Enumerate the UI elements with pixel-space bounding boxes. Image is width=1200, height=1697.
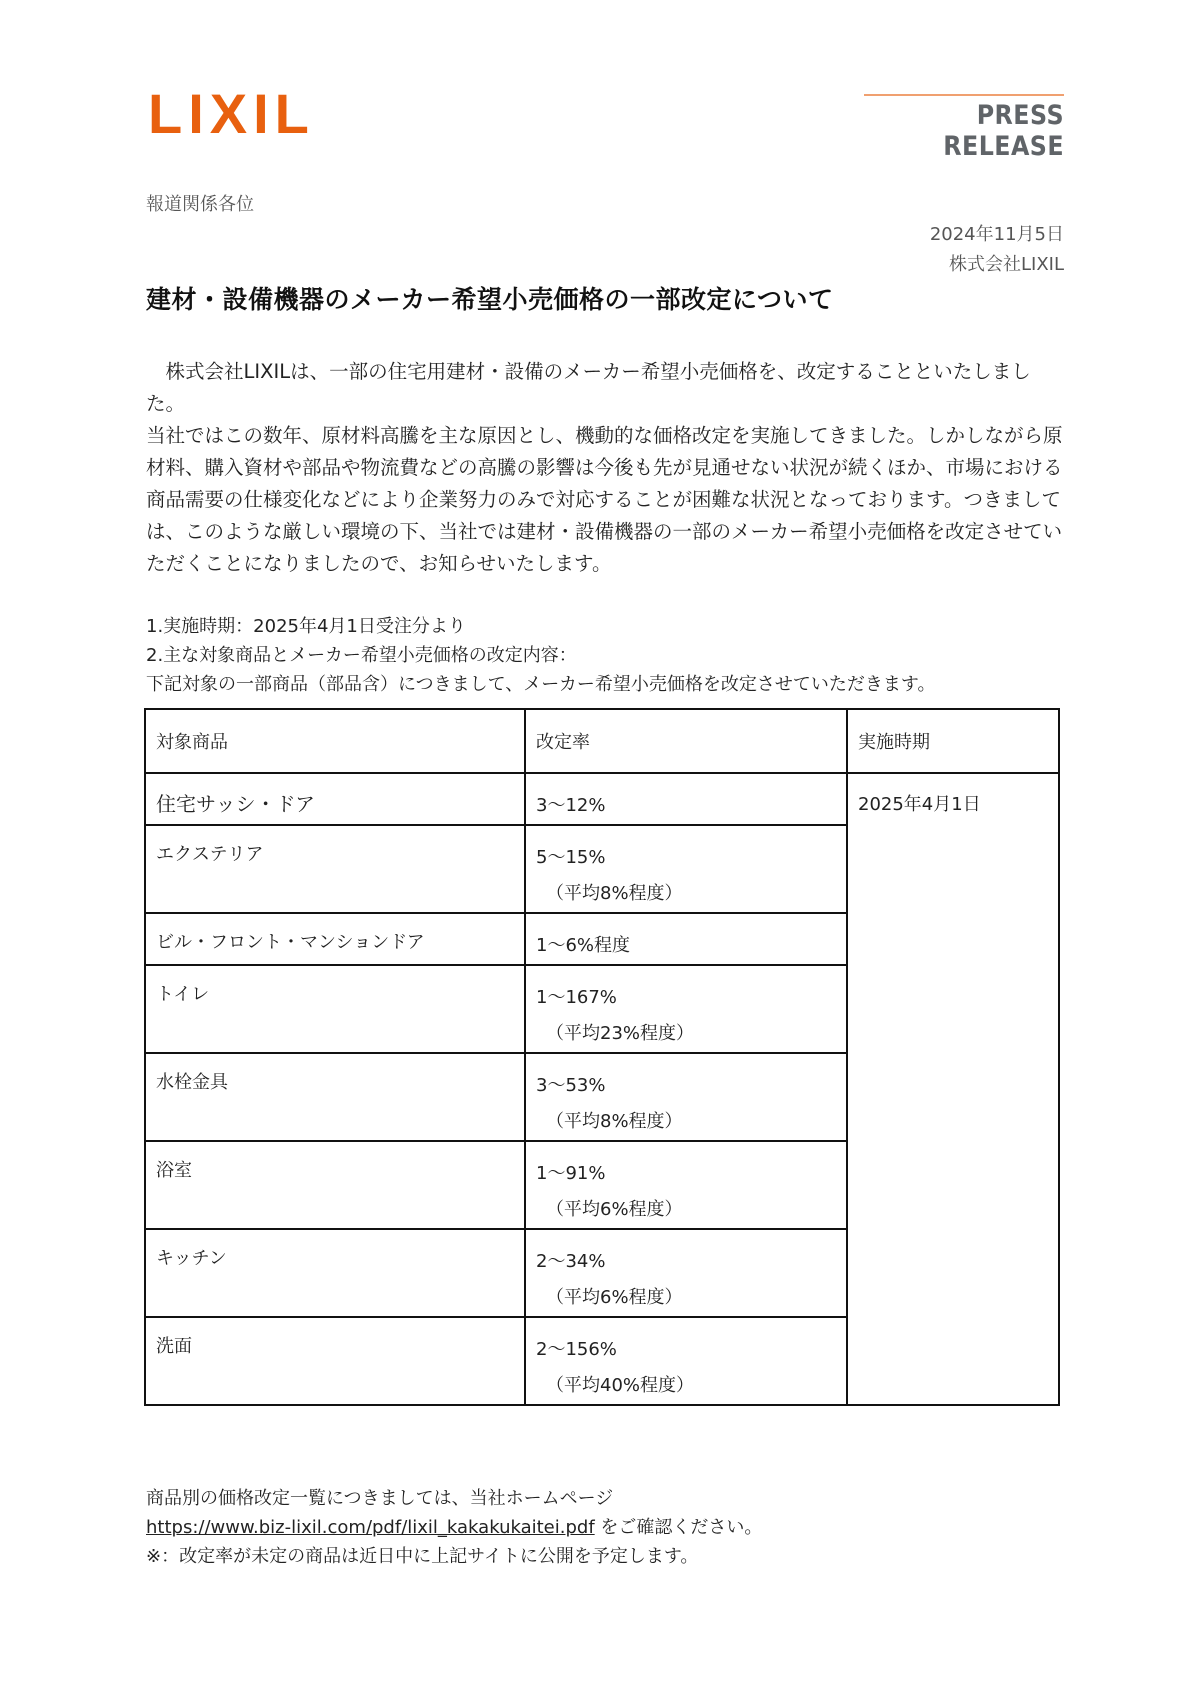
product-cell: 住宅サッシ・ドア [145, 773, 525, 825]
rate-cell: 2～34%（平均6%程度） [525, 1229, 847, 1317]
rate-average: （平均40%程度） [536, 1368, 836, 1404]
footer-note: ※：改定率が未定の商品は近日中に上記サイトに公開を予定します。 [146, 1542, 1066, 1571]
item-list: 1.実施時期：2025年4月1日受注分より 2.主な対象商品とメーカー希望小売価… [146, 612, 1066, 699]
header-effective-date: 実施時期 [847, 709, 1059, 773]
product-cell: エクステリア [145, 825, 525, 913]
rate-range: 2～34% [536, 1244, 836, 1280]
press-release-rule [864, 94, 1064, 96]
rate-range: 3～12% [536, 788, 836, 824]
price-revision-table: 対象商品 改定率 実施時期 住宅サッシ・ドア 3～12% 2025年4月1日 エ… [144, 708, 1060, 1406]
rate-average: （平均6%程度） [536, 1192, 836, 1228]
item-target-note: 下記対象の一部商品（部品含）につきまして、メーカー希望小売価格を改定させていただ… [146, 670, 1066, 699]
rate-cell: 5～15%（平均8%程度） [525, 825, 847, 913]
table-header-row: 対象商品 改定率 実施時期 [145, 709, 1059, 773]
rate-cell: 2～156%（平均40%程度） [525, 1317, 847, 1405]
rate-average: （平均8%程度） [536, 876, 836, 912]
item-effective-date: 1.実施時期：2025年4月1日受注分より [146, 612, 1066, 641]
page-title: 建材・設備機器のメーカー希望小売価格の一部改定について [146, 280, 834, 316]
rate-cell: 1～6%程度 [525, 913, 847, 965]
footer-line-1: 商品別の価格改定一覧につきましては、当社ホームページ [146, 1484, 1066, 1513]
addressee: 報道関係各位 [146, 190, 254, 216]
rate-cell: 3～53%（平均8%程度） [525, 1053, 847, 1141]
product-cell: トイレ [145, 965, 525, 1053]
header-rate: 改定率 [525, 709, 847, 773]
rate-average: （平均8%程度） [536, 1104, 836, 1140]
rate-cell: 3～12% [525, 773, 847, 825]
product-cell: ビル・フロント・マンションドア [145, 913, 525, 965]
product-cell: キッチン [145, 1229, 525, 1317]
rate-average: （平均6%程度） [536, 1280, 836, 1316]
footer-line-2: https://www.biz-lixil.com/pdf/lixil_kaka… [146, 1513, 1066, 1542]
press-release-label: PRESS RELEASE [888, 100, 1064, 162]
effective-date-cell: 2025年4月1日 [847, 773, 1059, 1405]
rate-range: 1～167% [536, 980, 836, 1016]
rate-cell: 1～91%（平均6%程度） [525, 1141, 847, 1229]
body-paragraph-2: 当社ではこの数年、原材料高騰を主な原因とし、機動的な価格改定を実施してきました。… [146, 420, 1066, 580]
rate-range: 2～156% [536, 1332, 836, 1368]
body-text: 株式会社LIXILは、一部の住宅用建材・設備のメーカー希望小売価格を、改定するこ… [146, 356, 1066, 580]
footer-link-suffix: をご確認ください。 [595, 1517, 763, 1538]
rate-range: 1～91% [536, 1156, 836, 1192]
rate-range: 3～53% [536, 1068, 836, 1104]
product-cell: 洗面 [145, 1317, 525, 1405]
price-list-link[interactable]: https://www.biz-lixil.com/pdf/lixil_kaka… [146, 1517, 595, 1538]
company-name: 株式会社LIXIL [949, 250, 1064, 276]
header-product: 対象商品 [145, 709, 525, 773]
product-cell: 浴室 [145, 1141, 525, 1229]
rate-average: （平均23%程度） [536, 1016, 836, 1052]
footer-notes: 商品別の価格改定一覧につきましては、当社ホームページ https://www.b… [146, 1484, 1066, 1571]
rate-cell: 1～167%（平均23%程度） [525, 965, 847, 1053]
rate-range: 5～15% [536, 840, 836, 876]
release-date: 2024年11月5日 [930, 220, 1064, 246]
lixil-logo: LIXIL [148, 86, 315, 142]
body-paragraph-1: 株式会社LIXILは、一部の住宅用建材・設備のメーカー希望小売価格を、改定するこ… [146, 356, 1066, 420]
item-target-products: 2.主な対象商品とメーカー希望小売価格の改定内容： [146, 641, 1066, 670]
rate-range: 1～6%程度 [536, 928, 836, 964]
product-cell: 水栓金具 [145, 1053, 525, 1141]
table-row: 住宅サッシ・ドア 3～12% 2025年4月1日 [145, 773, 1059, 825]
